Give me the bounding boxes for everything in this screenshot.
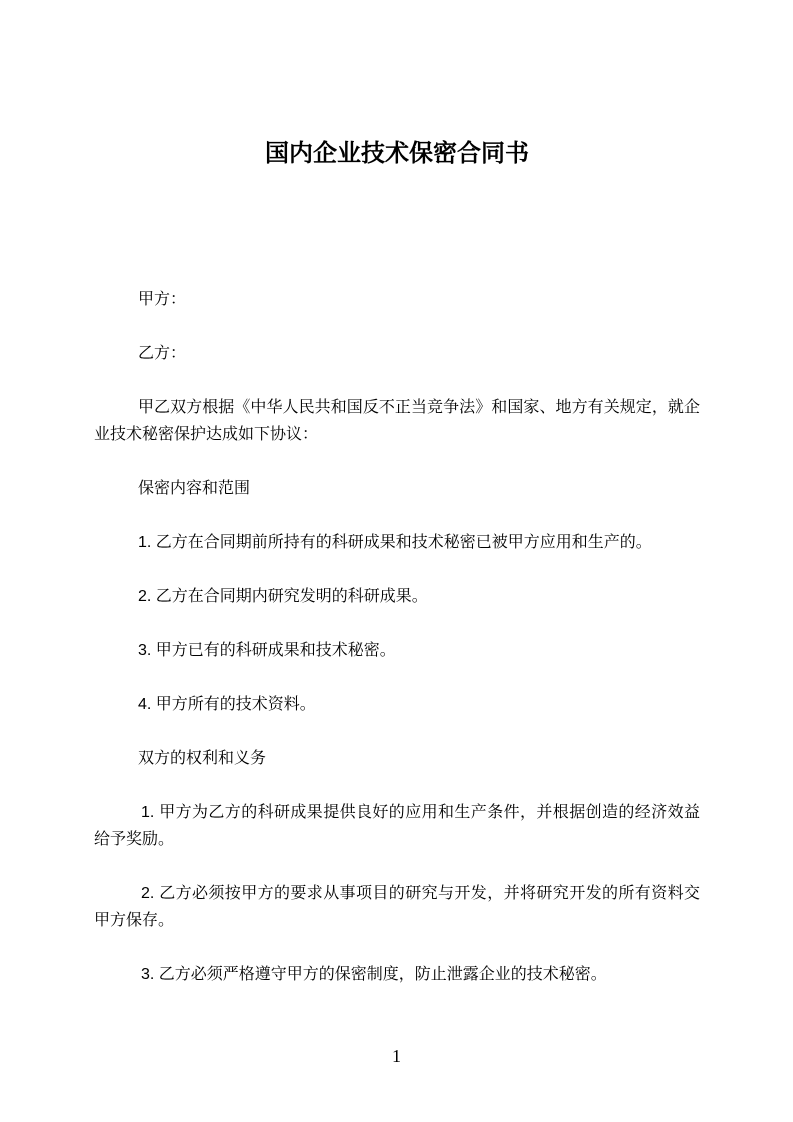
scope-item-4: 4. 甲方所有的技术资料。	[94, 691, 700, 718]
page-number: 1	[0, 1045, 793, 1067]
scope-item-2: 2. 乙方在合同期内研究发明的科研成果。	[94, 583, 700, 610]
paragraph-party-a: 甲方：	[94, 286, 700, 313]
document-content: 国内企业技术保密合同书 甲方： 乙方： 甲乙双方根据《中华人民共和国反不正当竞争…	[0, 138, 793, 988]
rights-item-1: 1. 甲方为乙方的科研成果提供良好的应用和生产条件，并根据创造的经济效益给予奖励…	[94, 799, 700, 853]
paragraph-party-b: 乙方：	[94, 340, 700, 367]
section-heading-confidential-scope: 保密内容和范围	[94, 475, 700, 502]
document-page: 国内企业技术保密合同书 甲方： 乙方： 甲乙双方根据《中华人民共和国反不正当竞争…	[0, 0, 793, 1122]
rights-item-2: 2. 乙方必须按甲方的要求从事项目的研究与开发，并将研究开发的所有资料交甲方保存…	[94, 880, 700, 934]
scope-item-1: 1. 乙方在合同期前所持有的科研成果和技术秘密已被甲方应用和生产的。	[94, 529, 700, 556]
document-title: 国内企业技术保密合同书	[94, 138, 700, 169]
rights-item-3: 3. 乙方必须严格遵守甲方的保密制度，防止泄露企业的技术秘密。	[94, 961, 700, 988]
section-heading-rights-obligations: 双方的权利和义务	[94, 745, 700, 772]
paragraph-preamble: 甲乙双方根据《中华人民共和国反不正当竞争法》和国家、地方有关规定，就企业技术秘密…	[94, 394, 700, 448]
scope-item-3: 3. 甲方已有的科研成果和技术秘密。	[94, 637, 700, 664]
